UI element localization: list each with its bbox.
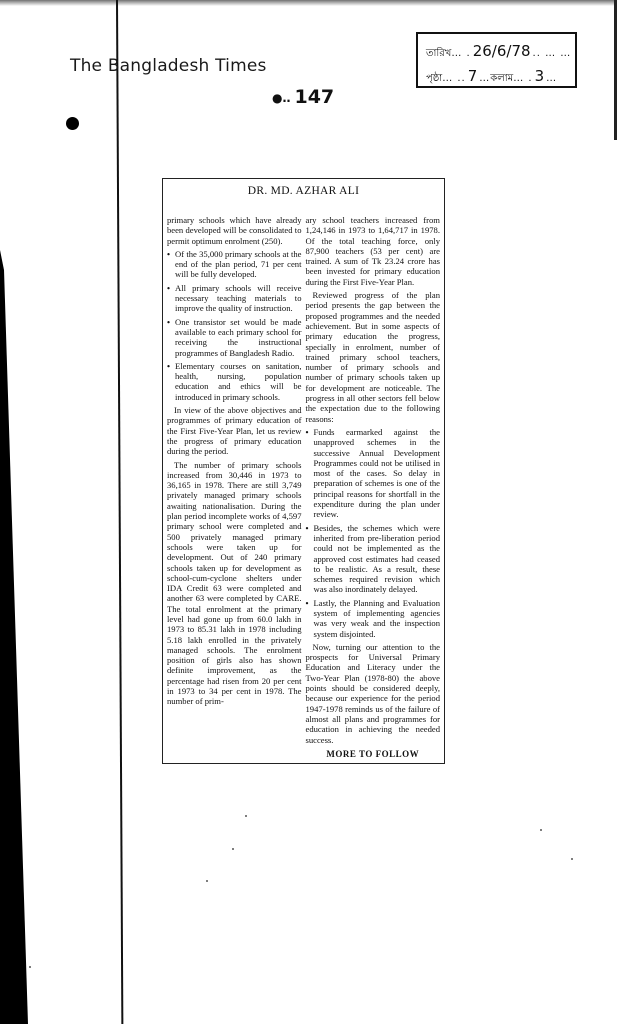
scan-speck bbox=[206, 880, 208, 882]
list-item: All primary schools will receive necessa… bbox=[167, 283, 302, 314]
more-to-follow: MORE TO FOLLOW bbox=[306, 749, 441, 759]
margin-rule bbox=[116, 0, 123, 1024]
archive-stamp: তারিখ … . 26/6/78 .. … … পৃষ্ঠা … .. 7 …… bbox=[416, 32, 577, 88]
list-item: Elementary courses on sanitation, health… bbox=[167, 361, 302, 402]
scan-speck bbox=[29, 966, 31, 968]
right-paragraph: Reviewed progress of the plan period pre… bbox=[306, 290, 441, 424]
right-intro: ary school teachers increased from 1,24,… bbox=[306, 215, 441, 287]
list-item: One transistor set would be made availab… bbox=[167, 317, 302, 358]
article-columns: primary schools which have already been … bbox=[167, 215, 440, 759]
right-closing: Now, turning our attention to the prospe… bbox=[306, 642, 441, 745]
newspaper-masthead: The Bangladesh Times bbox=[70, 56, 267, 76]
scan-left-shadow bbox=[0, 0, 30, 1024]
left-paragraph: In view of the above objectives and prog… bbox=[167, 405, 302, 456]
list-item: Lastly, the Planning and Evaluation syst… bbox=[306, 598, 441, 639]
left-bullet-list: Of the 35,000 primary schools at the end… bbox=[167, 249, 302, 402]
stamp-page-value: 7 bbox=[468, 65, 478, 87]
stamp-page-row: পৃষ্ঠা … .. 7 … কলাম … . 3 … bbox=[426, 65, 567, 90]
scan-speck bbox=[540, 829, 542, 831]
list-item: Besides, the schemes which were inherite… bbox=[306, 523, 441, 595]
list-item: Funds earmarked against the unapproved s… bbox=[306, 427, 441, 520]
scan-speck bbox=[232, 848, 234, 850]
left-paragraph: The number of primary schools increased … bbox=[167, 460, 302, 707]
punch-hole-icon bbox=[66, 117, 79, 130]
left-intro: primary schools which have already been … bbox=[167, 215, 302, 246]
page-number-value: 147 bbox=[294, 86, 334, 108]
stamp-column-label: কলাম bbox=[490, 68, 513, 90]
stamp-date-value: 26/6/78 bbox=[473, 40, 531, 62]
list-item: Of the 35,000 primary schools at the end… bbox=[167, 249, 302, 280]
article-clipping: DR. MD. AZHAR ALI primary schools which … bbox=[162, 178, 445, 764]
stamp-page-label: পৃষ্ঠা bbox=[426, 68, 442, 90]
page-number-mark: ●‥ bbox=[272, 91, 290, 105]
article-byline: DR. MD. AZHAR ALI bbox=[167, 185, 440, 197]
stamp-column-value: 3 bbox=[535, 65, 545, 87]
scan-speck bbox=[245, 815, 247, 817]
page-number: ●‥147 bbox=[272, 86, 334, 108]
right-column: ary school teachers increased from 1,24,… bbox=[306, 215, 441, 759]
scan-top-edge bbox=[0, 0, 617, 6]
scan-speck bbox=[571, 858, 573, 860]
stamp-date-row: তারিখ … . 26/6/78 .. … … bbox=[426, 40, 567, 65]
stamp-date-label: তারিখ bbox=[426, 43, 451, 65]
right-bullet-list: Funds earmarked against the unapproved s… bbox=[306, 427, 441, 639]
left-column: primary schools which have already been … bbox=[167, 215, 302, 759]
